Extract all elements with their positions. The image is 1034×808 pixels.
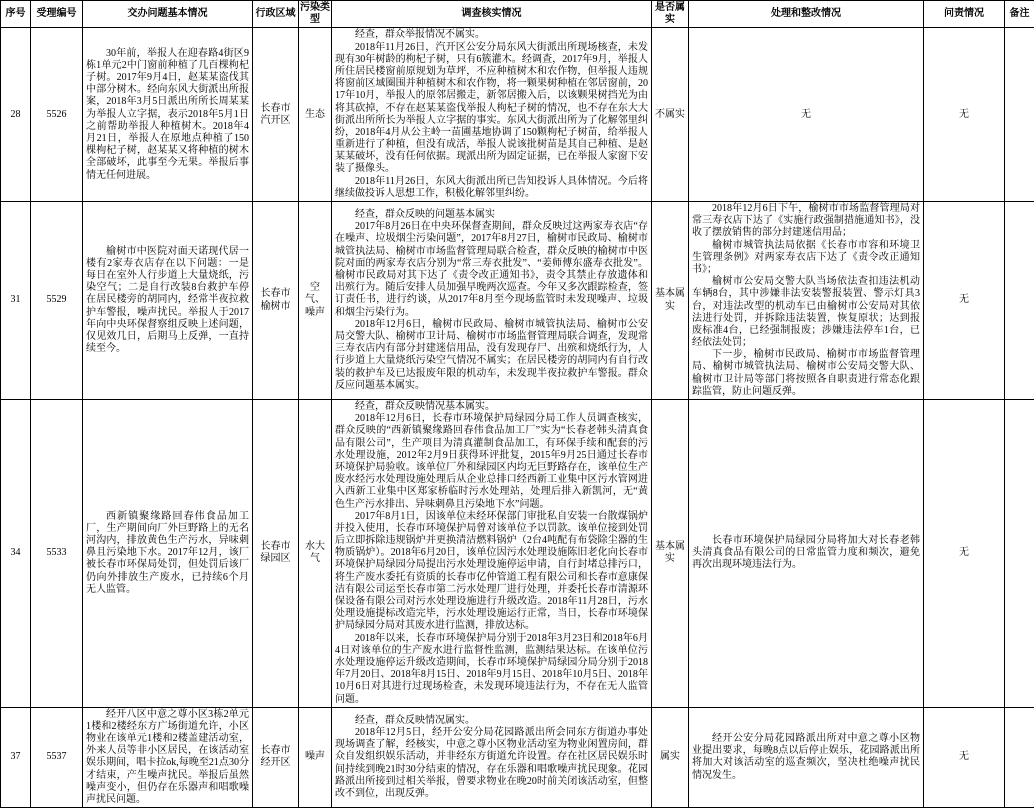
cell-case-no: 5533 [31,400,83,708]
cell-accountability: 无 [924,202,1005,400]
cell-pollution-type: 空气、噪声 [299,202,332,400]
cell-text: 34 [4,547,27,559]
paragraph: 2018年11月26日，汽开区公安分局东风大街派出所现场核查，未发现有30年树龄… [335,42,648,176]
cell-verified: 不属实 [652,28,689,202]
cell-case-no: 5537 [31,707,83,808]
column-header: 交办问题基本情况 [83,1,253,28]
paragraph: 下一步，榆树市民政局、榆树市市场监督管理局、榆树市城管执法局、榆树市公安局交警大… [692,349,920,398]
cell-remark [1005,707,1034,808]
cell-text: 无 [927,109,1001,121]
paragraph: 2018年12月6日，长春市环境保护局绿园分局工作人员调查核实，群众反映的“西新… [335,413,648,511]
cell-handling: 经开公安分局花园路派出所对中意之尊小区物业提出要求，每晚8点以后停止娱乐，花园路… [689,707,924,808]
paragraph: 榆树市城管执法局依据《长春市市容和环境卫生管理条例》对两家寿衣店下达了《责令改正… [692,240,920,277]
problem-text: 经开八区中意之尊小区3栋2单元1楼和2楼经东方广场街道允许，小区物业在该单元1楼… [86,709,249,807]
cell-text: 37 [4,751,27,763]
column-header: 处理和整改情况 [689,1,924,28]
cell-text: 长春市榆树市 [256,288,295,312]
cell-verified: 属实 [652,707,689,808]
cell-text: 生态 [302,109,328,121]
cell-text: 不属实 [655,109,685,121]
paragraph: 2017年8月1日，因该单位未经环保部门审批私自安装一台散煤锅炉并投入使用，长春… [335,511,648,633]
paragraph: 榆树市公安局交警大队当场依法查扣违法机动车辆8台，其中涉嫌非法安装警报装置、警示… [692,276,920,349]
table-row: 28552630年前，举报人在迎春路4街区9栋1单元2中门窗前种植了几百棵枸杞子… [1,28,1034,202]
table-header-row: 序号受理编号交办问题基本情况行政区域污染类型调查核实情况是否属实处理和整改情况问… [1,1,1034,28]
cell-verified: 基本属实 [652,202,689,400]
cell-remark [1005,400,1034,708]
cell-investigation: 经查，群众反映的问题基本属实2017年8月26日在中央环保督查期间，群众反映过这… [332,202,652,400]
cell-region: 长春市绿园区 [253,400,299,708]
problem-text: 西新镇聚缘路回春伟食品加工厂，生产期间向厂外巨野路上的无名河沟内，排放黄色生产污… [86,511,249,596]
cell-text: 无 [927,751,1001,763]
cell-text: 28 [4,109,27,121]
table-row: 315529榆树市中医院对面天诺现代居一楼有2家寿衣店存在以下问题：一是每日在室… [1,202,1034,400]
cell-problem: 经开八区中意之尊小区3栋2单元1楼和2楼经东方广场街道允许，小区物业在该单元1楼… [83,707,253,808]
cell-investigation: 经查，群众反映情况基本属实。2018年12月6日，长春市环境保护局绿园分局工作人… [332,400,652,708]
column-header: 行政区域 [253,1,299,28]
cell-problem: 30年前，举报人在迎春路4街区9栋1单元2中门窗前种植了几百棵枸杞子树。2017… [83,28,253,202]
cell-accountability: 无 [924,400,1005,708]
paragraph: 长春市环境保护局绿园分局将加大对长春老韩头清真食品有限公司的日常监管力度和频次，… [692,535,920,572]
cell-text: 基本属实 [655,288,685,312]
table-row: 345533西新镇聚缘路回春伟食品加工厂，生产期间向厂外巨野路上的无名河沟内，排… [1,400,1034,708]
cell-seq: 34 [1,400,31,708]
cell-text: 长春市绿园区 [256,541,295,565]
cell-accountability: 无 [924,707,1005,808]
table-row: 375537经开八区中意之尊小区3栋2单元1楼和2楼经东方广场街道允许，小区物业… [1,707,1034,808]
cell-handling: 无 [689,28,924,202]
cell-remark [1005,28,1034,202]
cell-text: 基本属实 [655,541,685,565]
cell-pollution-type: 噪声 [299,707,332,808]
cell-text: 无 [927,547,1001,559]
paragraph: 经查，群众反映情况属实。 [335,715,648,727]
cell-region: 长春市经开区 [253,707,299,808]
problem-text: 30年前，举报人在迎春路4街区9栋1单元2中门窗前种植了几百棵枸杞子树。2017… [86,48,249,182]
cell-text: 5529 [34,294,79,306]
cell-investigation: 经查，群众反映情况属实。2018年12月5日，经开公安分局花园路派出所会同东方街… [332,707,652,808]
cell-text: 5537 [34,751,79,763]
cell-text: 长春市经开区 [256,745,295,769]
cell-investigation: 经查，群众举报情况不属实。2018年11月26日，汽开区公安分局东风大街派出所现… [332,28,652,202]
cell-text: 无 [692,109,920,121]
cell-region: 长春市汽开区 [253,28,299,202]
cell-pollution-type: 生态 [299,28,332,202]
cell-text: 空气、噪声 [302,282,328,319]
paragraph: 2018年以来，长春市环境保护局分别于2018年3月23日和2018年6月4日对… [335,633,648,706]
cell-problem: 榆树市中医院对面天诺现代居一楼有2家寿衣店存在以下问题：一是每日在室外人行步道上… [83,202,253,400]
paragraph: 经查，群众举报情况不属实。 [335,29,648,41]
column-header: 备注 [1005,1,1034,28]
cell-remark [1005,202,1034,400]
cell-seq: 31 [1,202,31,400]
cell-text: 属实 [655,751,685,763]
cell-text: 31 [4,294,27,306]
problem-text: 榆树市中医院对面天诺现代居一楼有2家寿衣店存在以下问题：一是每日在室外人行步道上… [86,246,249,356]
cell-text: 5533 [34,547,79,559]
paragraph: 经查，群众反映情况基本属实。 [335,401,648,413]
column-header: 污染类型 [299,1,332,28]
paragraph: 2018年12月5日，经开公安分局花园路派出所会同东方街道办事处现场调查了解，经… [335,727,648,800]
cell-verified: 基本属实 [652,400,689,708]
cell-text: 长春市汽开区 [256,103,295,127]
cell-handling: 2018年12月6日下午，榆树市市场监督管理局对常三寿衣店下达了《实施行政强制措… [689,202,924,400]
paragraph: 2018年12月6日下午，榆树市市场监督管理局对常三寿衣店下达了《实施行政强制措… [692,203,920,240]
paragraph: 经开公安分局花园路派出所对中意之尊小区物业提出要求，每晚8点以后停止娱乐，花园路… [692,733,920,782]
report-table: 序号受理编号交办问题基本情况行政区域污染类型调查核实情况是否属实处理和整改情况问… [0,0,1034,808]
cell-pollution-type: 水大气 [299,400,332,708]
column-header: 调查核实情况 [332,1,652,28]
cell-problem: 西新镇聚缘路回春伟食品加工厂，生产期间向厂外巨野路上的无名河沟内，排放黄色生产污… [83,400,253,708]
paragraph: 经查，群众反映的问题基本属实 [335,209,648,221]
cell-text: 5526 [34,109,79,121]
cell-seq: 37 [1,707,31,808]
cell-accountability: 无 [924,28,1005,202]
cell-region: 长春市榆树市 [253,202,299,400]
column-header: 是否属实 [652,1,689,28]
cell-case-no: 5529 [31,202,83,400]
column-header: 序号 [1,1,31,28]
paragraph: 2018年11月26日，东风大街派出所已告知投诉人具体情况。今后将继续做投诉人思… [335,176,648,200]
paragraph: 2018年12月6日，榆树市民政局、榆树市城管执法局、榆树市公安局交警大队、榆树… [335,319,648,392]
paragraph: 2017年8月26日在中央环保督查期间，群众反映过这两家寿衣店“存在噪声、垃圾烟… [335,221,648,319]
cell-text: 噪声 [302,751,328,763]
cell-case-no: 5526 [31,28,83,202]
column-header: 受理编号 [31,1,83,28]
column-header: 问责情况 [924,1,1005,28]
cell-text: 水大气 [302,541,328,565]
cell-handling: 长春市环境保护局绿园分局将加大对长春老韩头清真食品有限公司的日常监管力度和频次，… [689,400,924,708]
cell-seq: 28 [1,28,31,202]
cell-text: 无 [927,294,1001,306]
